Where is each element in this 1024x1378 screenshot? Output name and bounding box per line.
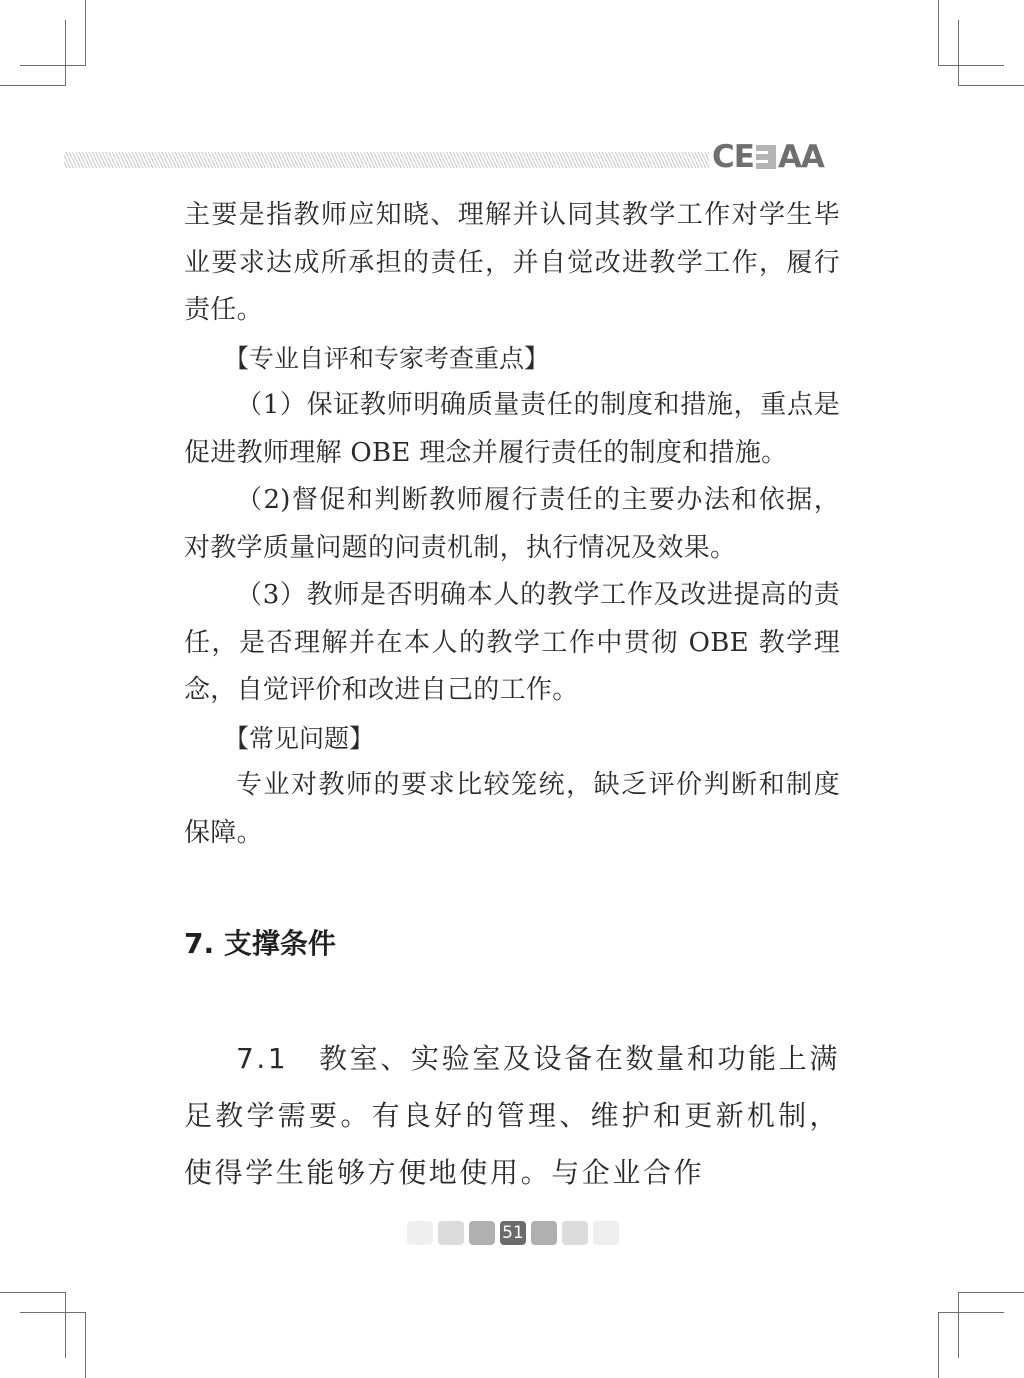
common-issues-text: 专业对教师的要求比较笼统，缺乏评价判断和制度保障。 [184, 762, 840, 857]
crop-mark-tl-v2 [65, 20, 66, 86]
pager-block [407, 1221, 433, 1245]
body-content: 主要是指教师应知晓、理解并认同其教学工作对学生毕业要求达成所承担的责任，并自觉改… [184, 192, 840, 857]
crop-mark-tr-v2 [958, 20, 959, 86]
logo-text-left: CE [712, 139, 754, 175]
page-number: 51 [500, 1221, 526, 1245]
pager-block [438, 1221, 464, 1245]
crop-mark-bl-h2 [20, 1312, 86, 1313]
page-number-bar: 51 [407, 1221, 619, 1245]
crop-mark-br-h2 [938, 1312, 1004, 1313]
ceeaa-logo: CE AA [712, 141, 824, 173]
logo-e-glyph-icon [756, 145, 776, 169]
pager-block [593, 1221, 619, 1245]
pager-block [562, 1221, 588, 1245]
section-title: 7. 支撑条件 [184, 922, 336, 962]
crop-mark-bl-h1 [0, 1292, 66, 1293]
crop-mark-tr-h2 [958, 85, 1024, 86]
crop-mark-br-h1 [958, 1292, 1024, 1293]
common-issues-heading: 【常见问题】 [172, 715, 840, 763]
crop-mark-tr-h1 [938, 65, 1004, 66]
crop-mark-br-v2 [938, 1312, 939, 1378]
pager-block [469, 1221, 495, 1245]
review-item-3: （3）教师是否明确本人的教学工作及改进提高的责任，是否理解并在本人的教学工作中贯… [184, 572, 840, 715]
pager-block [531, 1221, 557, 1245]
review-item-1: （1）保证教师明确质量责任的制度和措施，重点是促进教师理解 OBE 理念并履行责… [184, 382, 840, 477]
crop-mark-tl-h2 [0, 85, 66, 86]
crop-mark-tl-v1 [85, 0, 86, 65]
crop-mark-tr-v1 [938, 0, 939, 65]
review-item-2: （2)督促和判断教师履行责任的主要办法和依据，对教学质量问题的问责机制，执行情况… [184, 477, 840, 572]
crop-mark-br-v1 [958, 1292, 959, 1358]
logo-text-right: AA [778, 139, 824, 175]
header-hatch-stripe [64, 152, 709, 168]
crop-mark-bl-v1 [65, 1292, 66, 1358]
clause-7-1: 7.1 教室、实验室及设备在数量和功能上满足教学需要。有良好的管理、维护和更新机… [184, 1030, 840, 1201]
crop-mark-tl-h1 [20, 65, 86, 66]
crop-mark-bl-v2 [85, 1312, 86, 1378]
review-heading: 【专业自评和专家考查重点】 [172, 335, 840, 383]
paragraph-1: 主要是指教师应知晓、理解并认同其教学工作对学生毕业要求达成所承担的责任，并自觉改… [184, 192, 840, 335]
